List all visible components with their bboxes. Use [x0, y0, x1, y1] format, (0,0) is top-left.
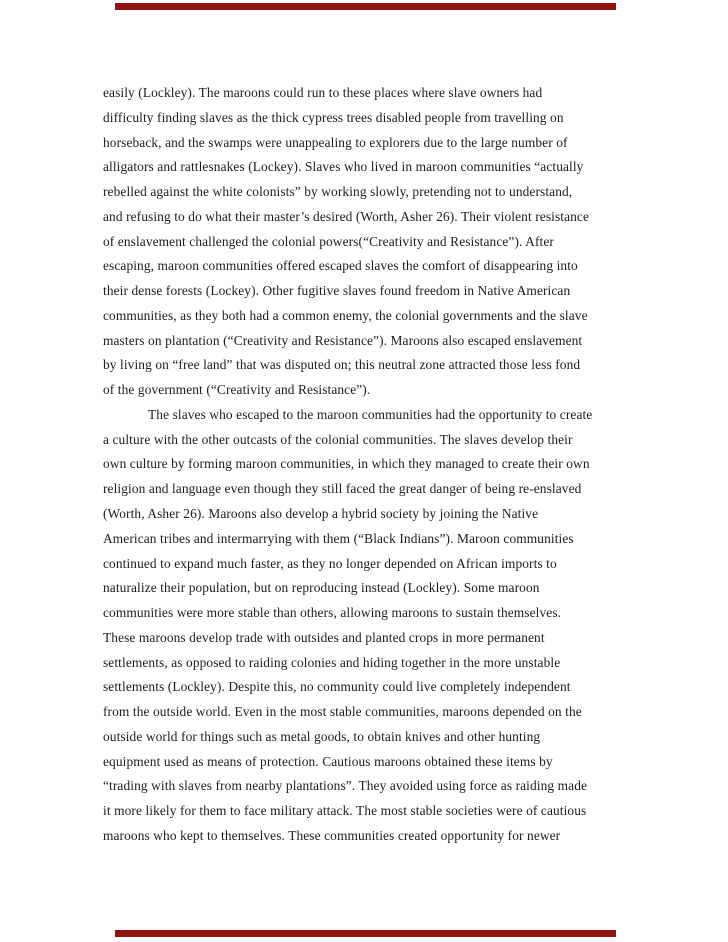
essay-line: and refusing to do what their master’s d…	[103, 205, 643, 230]
essay-line: American tribes and intermarrying with t…	[103, 527, 643, 552]
adjacent-page-edge-top	[115, 3, 616, 10]
essay-line: settlements, as opposed to raiding colon…	[103, 651, 643, 676]
essay-line-paragraph-start: The slaves who escaped to the maroon com…	[103, 403, 643, 428]
essay-line: alligators and rattlesnakes (Lockey). Sl…	[103, 155, 643, 180]
essay-line: from the outside world. Even in the most…	[103, 700, 643, 725]
essay-page: easily (Lockley). The maroons could run …	[0, 0, 728, 942]
essay-line: by living on “free land” that was disput…	[103, 353, 643, 378]
essay-line: horseback, and the swamps were unappeali…	[103, 131, 643, 156]
essay-line: (Worth, Asher 26). Maroons also develop …	[103, 502, 643, 527]
essay-line: communities were more stable than others…	[103, 601, 643, 626]
essay-line: their dense forests (Lockey). Other fugi…	[103, 279, 643, 304]
essay-line: settlements (Lockley). Despite this, no …	[103, 675, 643, 700]
essay-line: of enslavement challenged the colonial p…	[103, 230, 643, 255]
adjacent-page-edge-bottom	[115, 930, 616, 937]
essay-line: communities, as they both had a common e…	[103, 304, 643, 329]
essay-line: outside world for things such as metal g…	[103, 725, 643, 750]
essay-line: escaping, maroon communities offered esc…	[103, 254, 643, 279]
essay-line: of the government (“Creativity and Resis…	[103, 378, 643, 403]
essay-line: it more likely for them to face military…	[103, 799, 643, 824]
essay-line: These maroons develop trade with outside…	[103, 626, 643, 651]
essay-line: difficulty finding slaves as the thick c…	[103, 106, 643, 131]
essay-line: own culture by forming maroon communitie…	[103, 452, 643, 477]
essay-line: equipment used as means of protection. C…	[103, 750, 643, 775]
essay-line: naturalize their population, but on repr…	[103, 576, 643, 601]
essay-line: “trading with slaves from nearby plantat…	[103, 774, 643, 799]
essay-text-block: easily (Lockley). The maroons could run …	[103, 81, 643, 849]
essay-line: religion and language even though they s…	[103, 477, 643, 502]
essay-line: a culture with the other outcasts of the…	[103, 428, 643, 453]
essay-line: maroons who kept to themselves. These co…	[103, 824, 643, 849]
essay-line: masters on plantation (“Creativity and R…	[103, 329, 643, 354]
essay-line: easily (Lockley). The maroons could run …	[103, 81, 643, 106]
essay-line: continued to expand much faster, as they…	[103, 552, 643, 577]
essay-line: rebelled against the white colonists” by…	[103, 180, 643, 205]
